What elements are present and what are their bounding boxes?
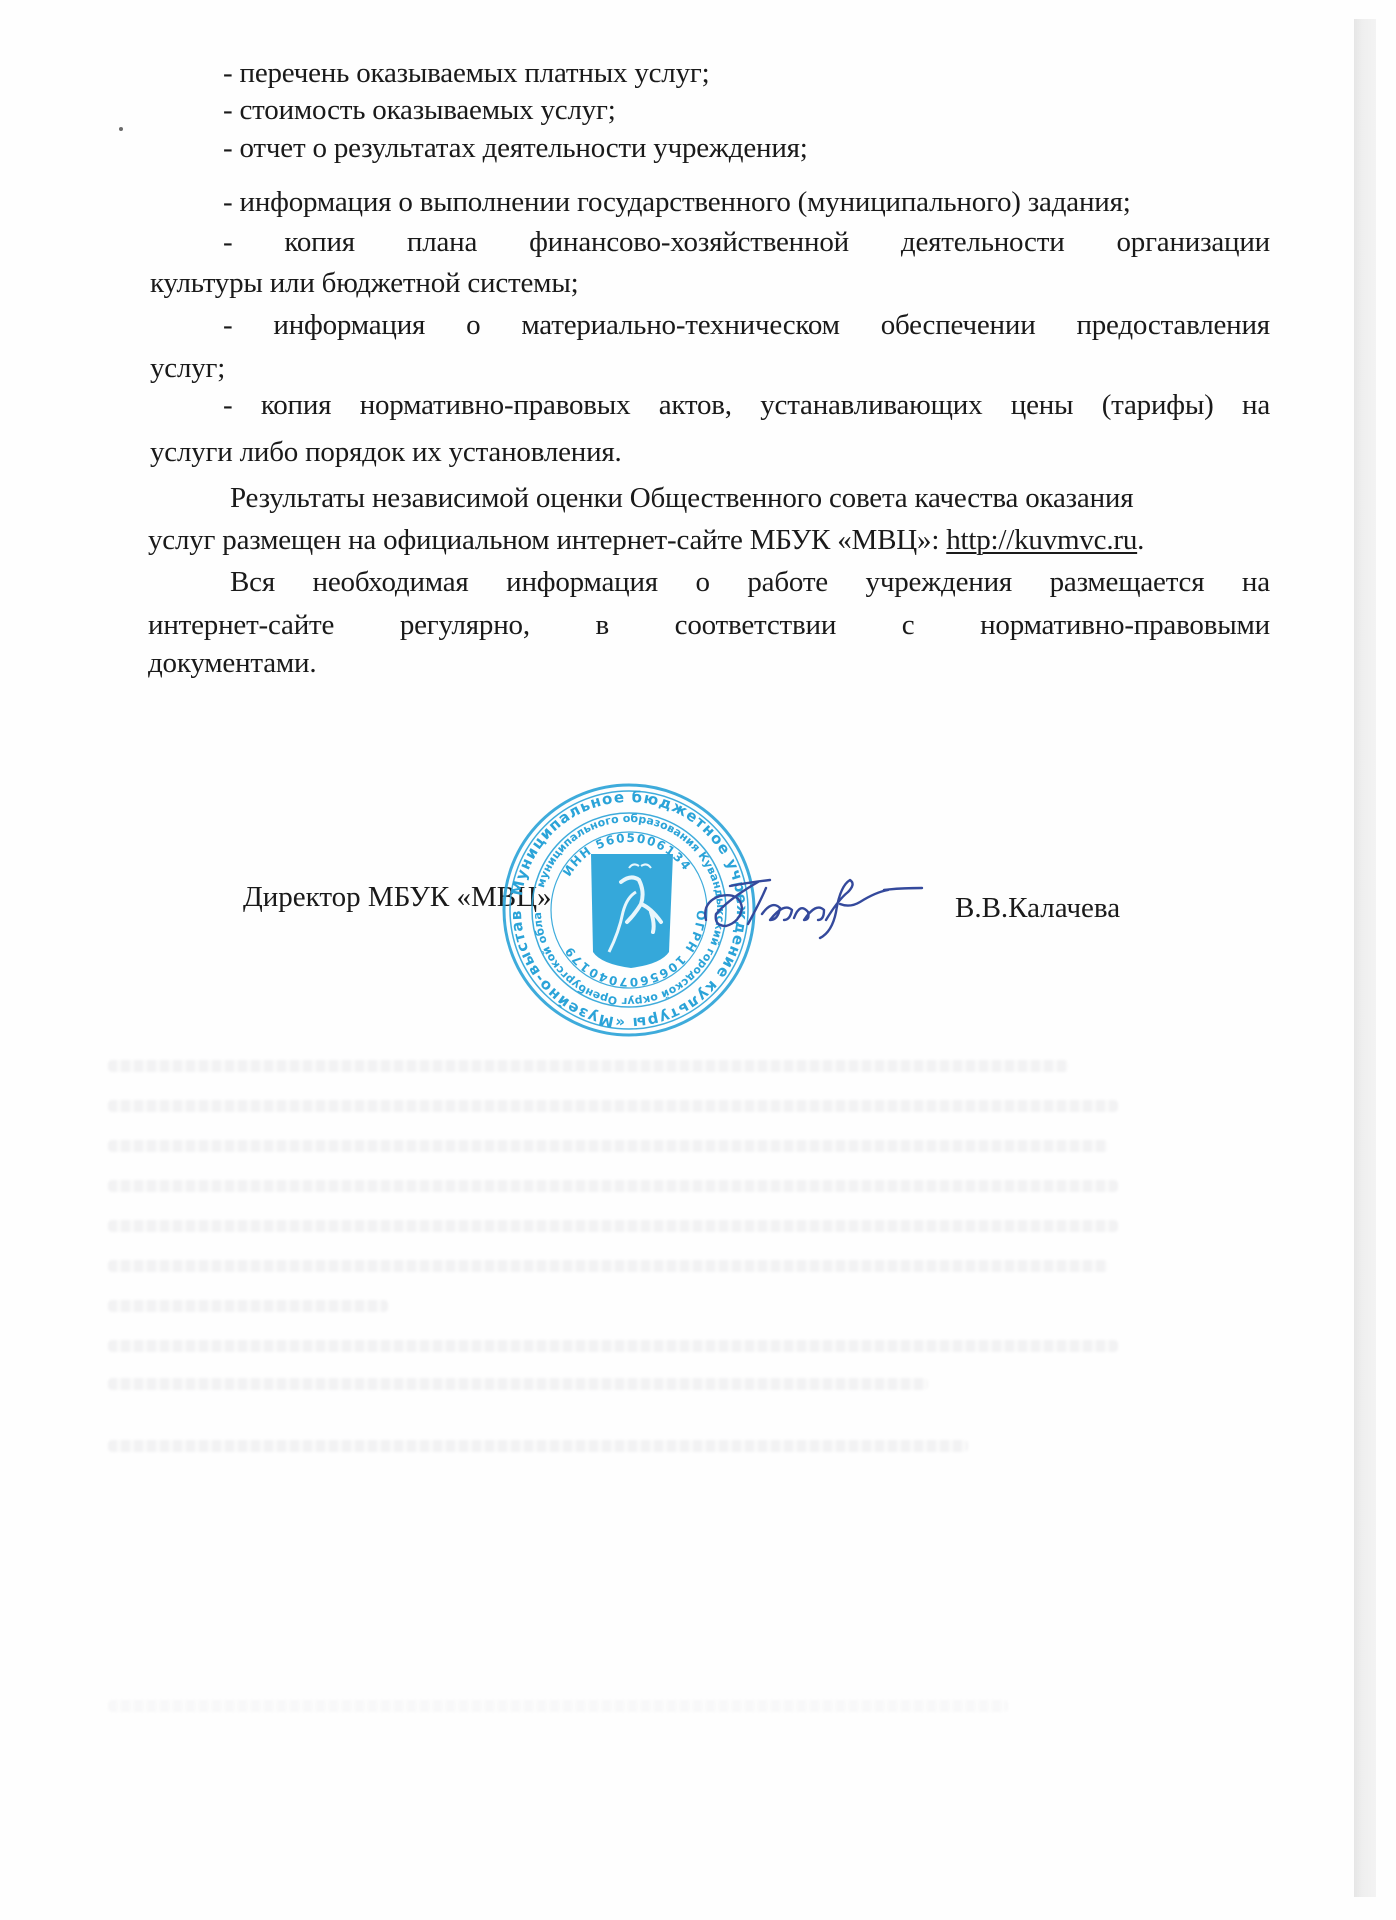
list-item: - перечень оказываемых платных услуг; [223,56,709,90]
list-item: - информация о выполнении государственно… [223,185,1131,219]
list-item: - отчет о результатах деятельности учреж… [223,131,808,165]
signatory-name: В.В.Калачева [955,891,1120,925]
list-item-continuation: услуг; [150,351,225,385]
paragraph-results-line2: услуг размещен на официальном интернет-с… [148,523,1144,557]
scan-edge-strip [1354,19,1376,1897]
list-item: - копия нормативно-правовых актов, устан… [223,388,1270,422]
list-item: - информация о материально-техническом о… [223,308,1270,342]
scan-speck [119,127,123,131]
list-item-continuation: услуги либо порядок их установления. [150,435,622,469]
handwritten-signature-icon [700,862,925,942]
document-page: - перечень оказываемых платных услуг; - … [0,0,1396,1920]
paragraph-results-line1: Результаты независимой оценки Общественн… [230,481,1133,515]
list-item: - стоимость оказываемых услуг; [223,93,616,127]
list-item: - копия плана финансово-хозяйственной де… [223,225,1270,259]
list-item-continuation: культуры или бюджетной системы; [150,266,578,300]
paragraph-info-line2: интернет-сайте регулярно, в соответствии… [148,608,1270,642]
paragraph-info-line1: Вся необходимая информация о работе учре… [230,565,1270,599]
paragraph-info-line3: документами. [148,646,316,680]
website-link[interactable]: http://kuvmvc.ru [946,524,1137,556]
